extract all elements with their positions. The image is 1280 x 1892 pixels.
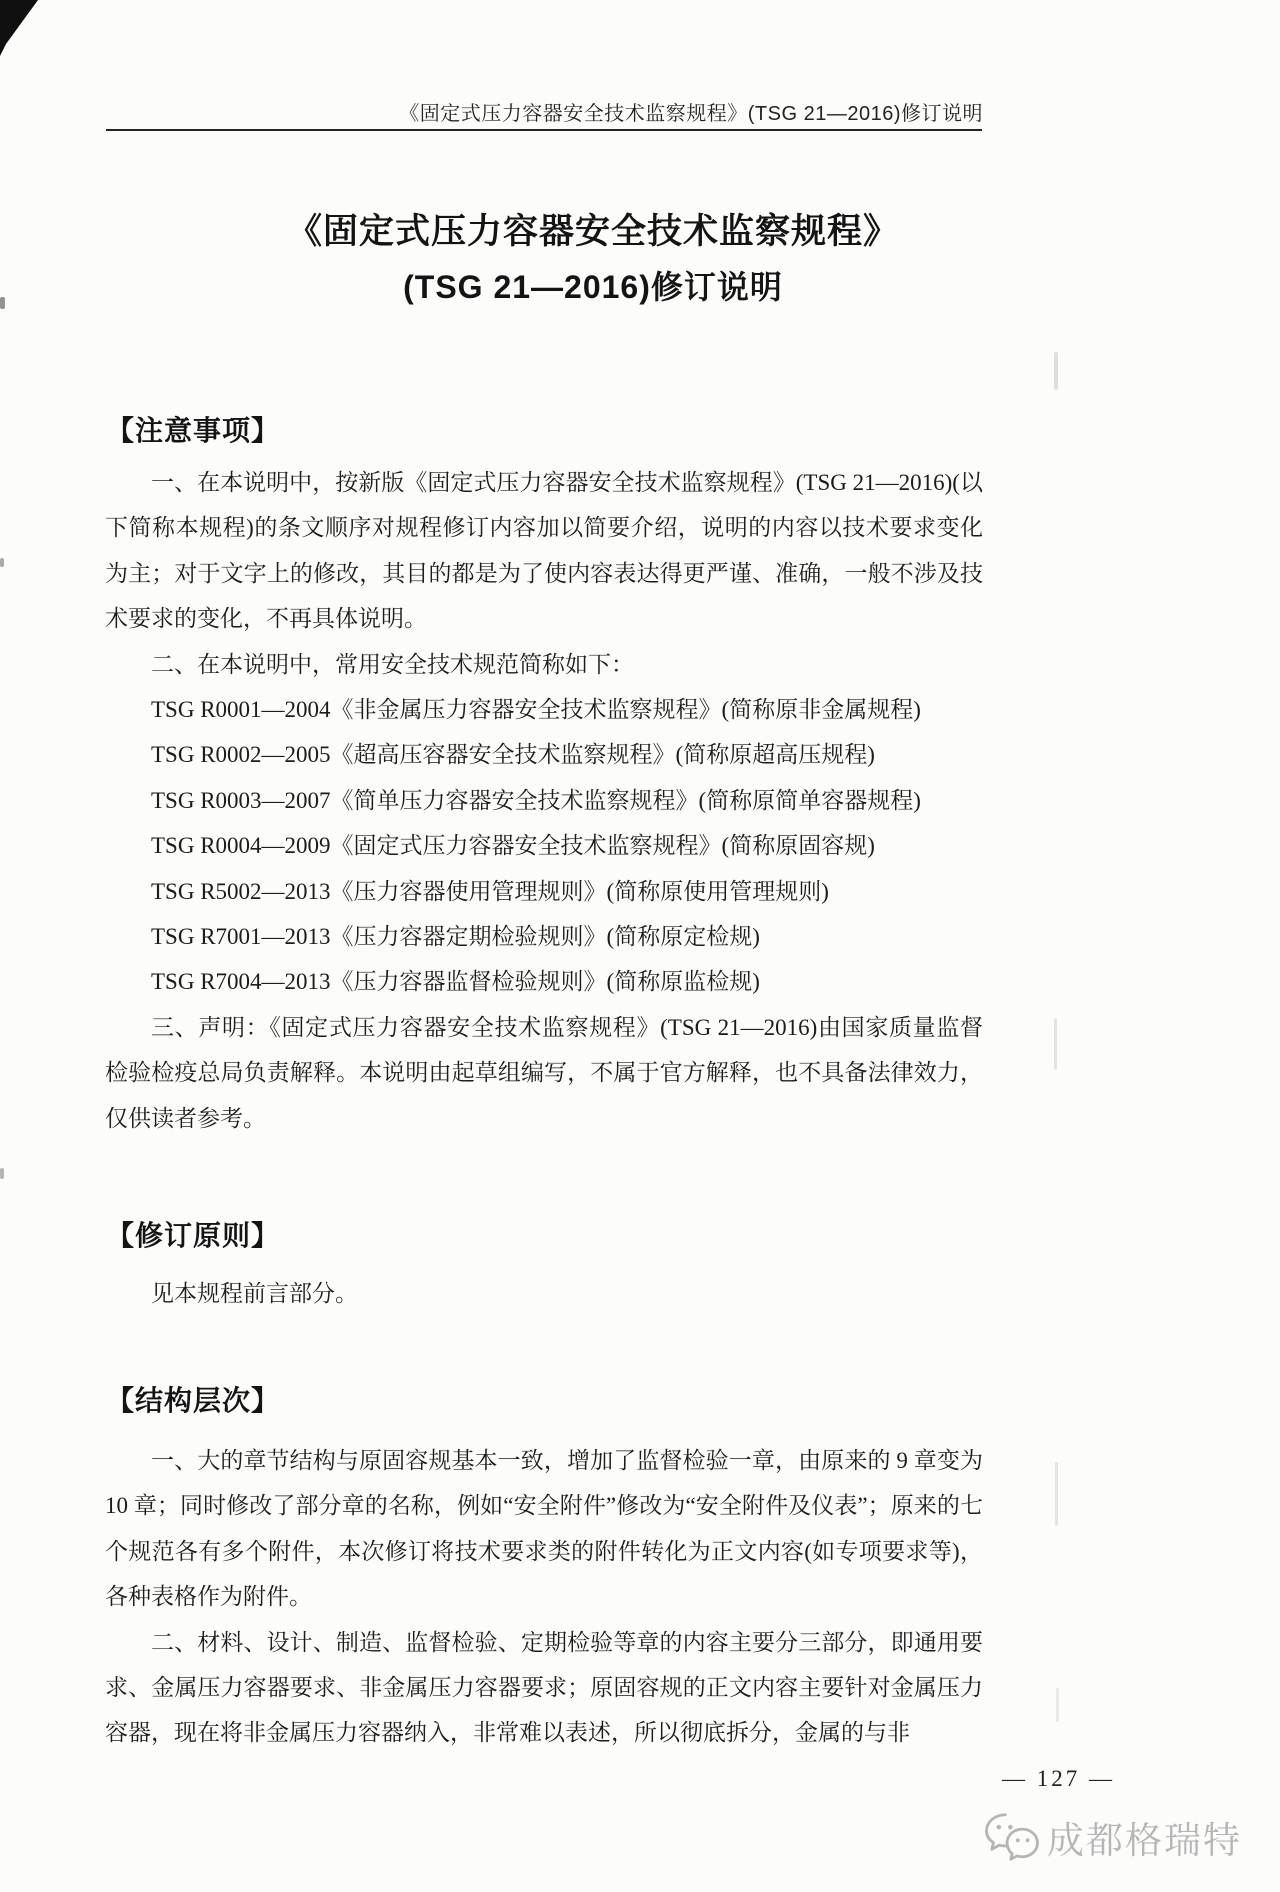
- section-body-notice: 一、在本说明中，按新版《固定式压力容器安全技术监察规程》(TSG 21—2016…: [105, 460, 983, 1141]
- running-head: 《固定式压力容器安全技术监察规程》(TSG 21—2016)修订说明: [105, 97, 983, 126]
- standard-item: TSG R5002—2013《压力容器使用管理规则》(简称原使用管理规则): [105, 869, 983, 914]
- standard-item: TSG R0001—2004《非金属压力容器安全技术监察规程》(简称原非金属规程…: [105, 687, 983, 732]
- scan-artifact-dash: [1056, 1688, 1059, 1722]
- scan-artifact-corner: [0, 0, 42, 56]
- paragraph-notice-2: 二、在本说明中，常用安全技术规范简称如下：: [105, 642, 983, 687]
- paragraph-structure-1: 一、大的章节结构与原固容规基本一致，增加了监督检验一章，由原来的 9 章变为 1…: [105, 1438, 983, 1620]
- watermark: 成都格瑞特: [984, 1810, 1242, 1864]
- section-heading-structure: 【结构层次】: [106, 1379, 280, 1419]
- wechat-icon: [984, 1812, 1040, 1862]
- document-title: 《固定式压力容器安全技术监察规程》 (TSG 21—2016)修订说明: [153, 206, 1033, 313]
- document-page: 《固定式压力容器安全技术监察规程》(TSG 21—2016)修订说明 《固定式压…: [0, 0, 1280, 1892]
- doc-title-line2: (TSG 21—2016)修订说明: [153, 261, 1033, 313]
- section-heading-notice: 【注意事项】: [106, 409, 280, 449]
- standard-item: TSG R0003—2007《简单压力容器安全技术监察规程》(简称原简单容器规程…: [105, 778, 983, 823]
- scan-artifact-speck: [0, 558, 4, 567]
- header-rule: [106, 129, 982, 131]
- page-number: — 127 —: [1002, 1766, 1115, 1792]
- standard-item: TSG R0004—2009《固定式压力容器安全技术监察规程》(简称原固容规): [105, 823, 983, 868]
- standard-item: TSG R7001—2013《压力容器定期检验规则》(简称原定检规): [105, 914, 983, 959]
- watermark-text: 成都格瑞特: [1047, 1810, 1242, 1864]
- standard-item: TSG R7004—2013《压力容器监督检验规则》(简称原监检规): [105, 959, 983, 1004]
- scan-artifact-dash: [1054, 352, 1058, 390]
- section-heading-principles: 【修订原则】: [106, 1214, 280, 1254]
- paragraph-principles-1: 见本规程前言部分。: [105, 1271, 983, 1316]
- standards-list: TSG R0001—2004《非金属压力容器安全技术监察规程》(简称原非金属规程…: [105, 687, 983, 1005]
- scan-artifact-speck: [0, 1168, 4, 1179]
- scan-artifact-dash: [1055, 1462, 1058, 1526]
- paragraph-structure-2: 二、材料、设计、制造、监督检验、定期检验等章的内容主要分三部分，即通用要求、金属…: [105, 1620, 983, 1756]
- paragraph-notice-3: 三、声明：《固定式压力容器安全技术监察规程》(TSG 21—2016)由国家质量…: [105, 1005, 983, 1141]
- scan-artifact-speck: [0, 297, 5, 309]
- doc-title-line1: 《固定式压力容器安全技术监察规程》: [153, 206, 1033, 258]
- standard-item: TSG R0002—2005《超高压容器安全技术监察规程》(简称原超高压规程): [105, 732, 983, 777]
- paragraph-notice-1: 一、在本说明中，按新版《固定式压力容器安全技术监察规程》(TSG 21—2016…: [105, 460, 983, 642]
- section-body-principles: 见本规程前言部分。: [105, 1271, 983, 1316]
- scan-artifact-dash: [1054, 1018, 1057, 1070]
- section-body-structure: 一、大的章节结构与原固容规基本一致，增加了监督检验一章，由原来的 9 章变为 1…: [105, 1438, 983, 1756]
